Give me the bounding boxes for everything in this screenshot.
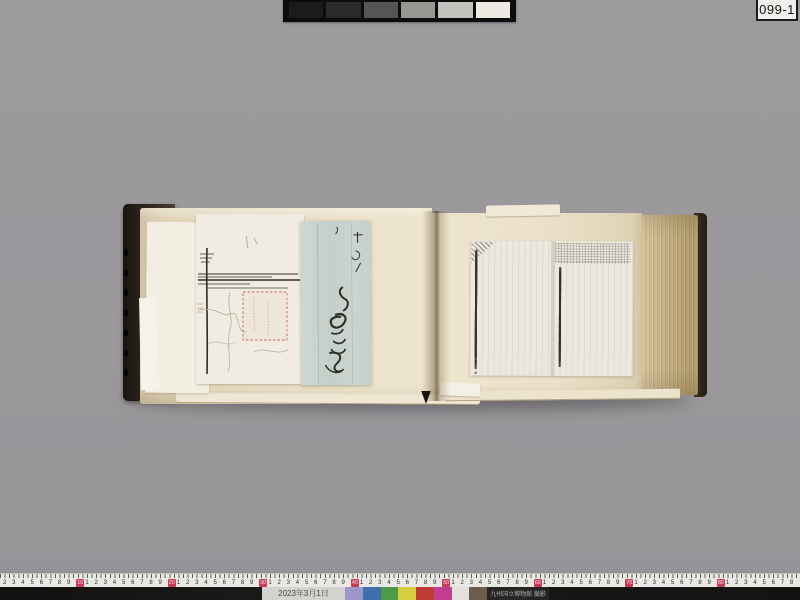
ruler-number: 8 [332, 579, 335, 587]
ruler-number: 9 [616, 579, 619, 587]
ruler-number: 3 [470, 579, 473, 587]
ruler-number: 4 [662, 579, 665, 587]
ruler-number: 5 [671, 579, 674, 587]
calibration-patch [326, 2, 360, 18]
measurement-ruler: 2345678910123456789201234567893012345678… [0, 573, 800, 588]
ruler-number: 60 [534, 579, 542, 587]
ruler-number: 3 [12, 579, 15, 587]
ruler-number: 8 [790, 579, 793, 587]
calibration-patch [434, 587, 452, 600]
envelope [300, 221, 371, 385]
ruler-number: 3 [195, 579, 198, 587]
ruler-number: 7 [689, 579, 692, 587]
ruler-number: 9 [250, 579, 253, 587]
ruler-number: 2 [95, 579, 98, 587]
ruler-number: 6 [406, 579, 409, 587]
ruler-number: 1 [543, 579, 546, 587]
calibration-patch [416, 587, 434, 600]
album-book [120, 202, 708, 412]
ruler-number: 7 [598, 579, 601, 587]
ruler-number: 2 [461, 579, 464, 587]
ruler-number: 5 [122, 579, 125, 587]
calibration-patch [381, 587, 399, 600]
ruler-number: 9 [525, 579, 528, 587]
page-edge-bottom-right [446, 389, 680, 401]
calibration-patch [364, 2, 398, 18]
date-text: 2023年3月1日 [278, 588, 329, 599]
dense-notes-block [555, 243, 630, 263]
color-calibration-patches [345, 587, 487, 600]
ruler-number: 70 [625, 579, 633, 587]
ruler-number: 6 [589, 579, 592, 587]
calibration-patch [363, 587, 381, 600]
ruler-number: 4 [479, 579, 482, 587]
ruler-number: 5 [396, 579, 399, 587]
ruler-number: 4 [113, 579, 116, 587]
frame-number-text: 099-1 [759, 2, 795, 17]
manuscript-sheet [470, 241, 634, 377]
ruler-number: 20 [168, 579, 176, 587]
calibration-patch [289, 2, 323, 18]
ruler-number: 40 [351, 579, 359, 587]
ruler-number: 9 [433, 579, 436, 587]
ruler-number: 6 [772, 579, 775, 587]
calibration-patch [398, 587, 416, 600]
handwriting-columns-right [559, 267, 628, 371]
ruler-number: 8 [149, 579, 152, 587]
ruler-number: 2 [3, 579, 6, 587]
frame-number-label: 099-1 [756, 0, 798, 21]
ruler-number: 2 [369, 579, 372, 587]
ruler-number: 4 [753, 579, 756, 587]
ruler-number: 8 [58, 579, 61, 587]
ruler-number: 5 [579, 579, 582, 587]
ruler-ticks [0, 574, 800, 578]
page-edge-shading [636, 215, 698, 395]
ruler-number: 1 [268, 579, 271, 587]
ruler-number: 3 [744, 579, 747, 587]
ruler-number: 7 [232, 579, 235, 587]
ruler-number: 80 [717, 579, 725, 587]
ruler-number: 4 [21, 579, 24, 587]
credit-text: 九州国立博物館 撮影 [490, 589, 546, 598]
ruler-number: 1 [177, 579, 180, 587]
gutter-shadow [422, 211, 450, 401]
ruler-number: 6 [131, 579, 134, 587]
ruler-number: 1 [634, 579, 637, 587]
ruler-number: 1 [451, 579, 454, 587]
ruler-number: 5 [30, 579, 33, 587]
ruler-number: 3 [287, 579, 290, 587]
ruler-number: 3 [104, 579, 107, 587]
protruding-page-edge-top [486, 204, 560, 216]
ruler-number: 5 [213, 579, 216, 587]
ruler-number: 7 [506, 579, 509, 587]
folded-map-document [196, 214, 304, 384]
ruler-number: 4 [296, 579, 299, 587]
handwriting-columns-left [475, 250, 550, 372]
credit-label: 九州国立博物館 撮影 [487, 587, 549, 600]
ruler-number: 6 [497, 579, 500, 587]
ruler-number: 3 [561, 579, 564, 587]
ruler-number: 7 [140, 579, 143, 587]
ruler-number: 2 [644, 579, 647, 587]
ruler-number: 7 [49, 579, 52, 587]
ruler-number: 3 [378, 579, 381, 587]
digitization-photo: 099-1 [0, 0, 800, 600]
date-label: 2023年3月1日 [262, 587, 345, 600]
ruler-number: 8 [607, 579, 610, 587]
ruler-number: 2 [186, 579, 189, 587]
calibration-patch [476, 2, 510, 18]
handwriting-column [559, 271, 562, 350]
map-drawing [196, 214, 304, 384]
ruler-number: 1 [360, 579, 363, 587]
red-dashed-annotation [243, 292, 287, 340]
ruler-number: 4 [204, 579, 207, 587]
ruler-number: 5 [762, 579, 765, 587]
ruler-number: 9 [67, 579, 70, 587]
ruler-number: 4 [570, 579, 573, 587]
ruler-number: 4 [387, 579, 390, 587]
ruler-number: 8 [515, 579, 518, 587]
handwriting-column [475, 258, 477, 357]
ruler-number: 7 [781, 579, 784, 587]
ruler-number: 8 [241, 579, 244, 587]
binding-stitches [124, 250, 128, 376]
ruler-number: 50 [442, 579, 450, 587]
ruler-number: 1 [726, 579, 729, 587]
calibration-patch [345, 587, 363, 600]
ruler-number: 5 [305, 579, 308, 587]
ruler-number: 2 [278, 579, 281, 587]
calibration-patch [438, 2, 472, 18]
ruler-number: 3 [653, 579, 656, 587]
calibration-patch [401, 2, 435, 18]
ruler-number: 7 [415, 579, 418, 587]
grayscale-calibration-bar [283, 0, 516, 22]
calibration-patch [469, 587, 487, 600]
ruler-number: 9 [342, 579, 345, 587]
paper-edge-left [139, 298, 159, 390]
footer-strip: 2023年3月1日 九州国立博物館 撮影 [0, 587, 800, 600]
ruler-number: 8 [424, 579, 427, 587]
ruler-number: 8 [698, 579, 701, 587]
manuscript-fold-line [551, 241, 555, 376]
ruler-number: 1 [85, 579, 88, 587]
envelope-calligraphy [300, 221, 371, 385]
ruler-number: 6 [223, 579, 226, 587]
ruler-number: 6 [680, 579, 683, 587]
ruler-number: 30 [259, 579, 267, 587]
calibration-patch [452, 587, 470, 600]
ruler-number: 10 [76, 579, 84, 587]
ruler-number: 7 [323, 579, 326, 587]
ruler-number: 6 [314, 579, 317, 587]
ruler-number: 2 [735, 579, 738, 587]
ruler-number: 9 [708, 579, 711, 587]
ruler-number: 5 [488, 579, 491, 587]
ruler-number: 2 [552, 579, 555, 587]
ruler-number: 6 [40, 579, 43, 587]
ruler-number: 9 [159, 579, 162, 587]
